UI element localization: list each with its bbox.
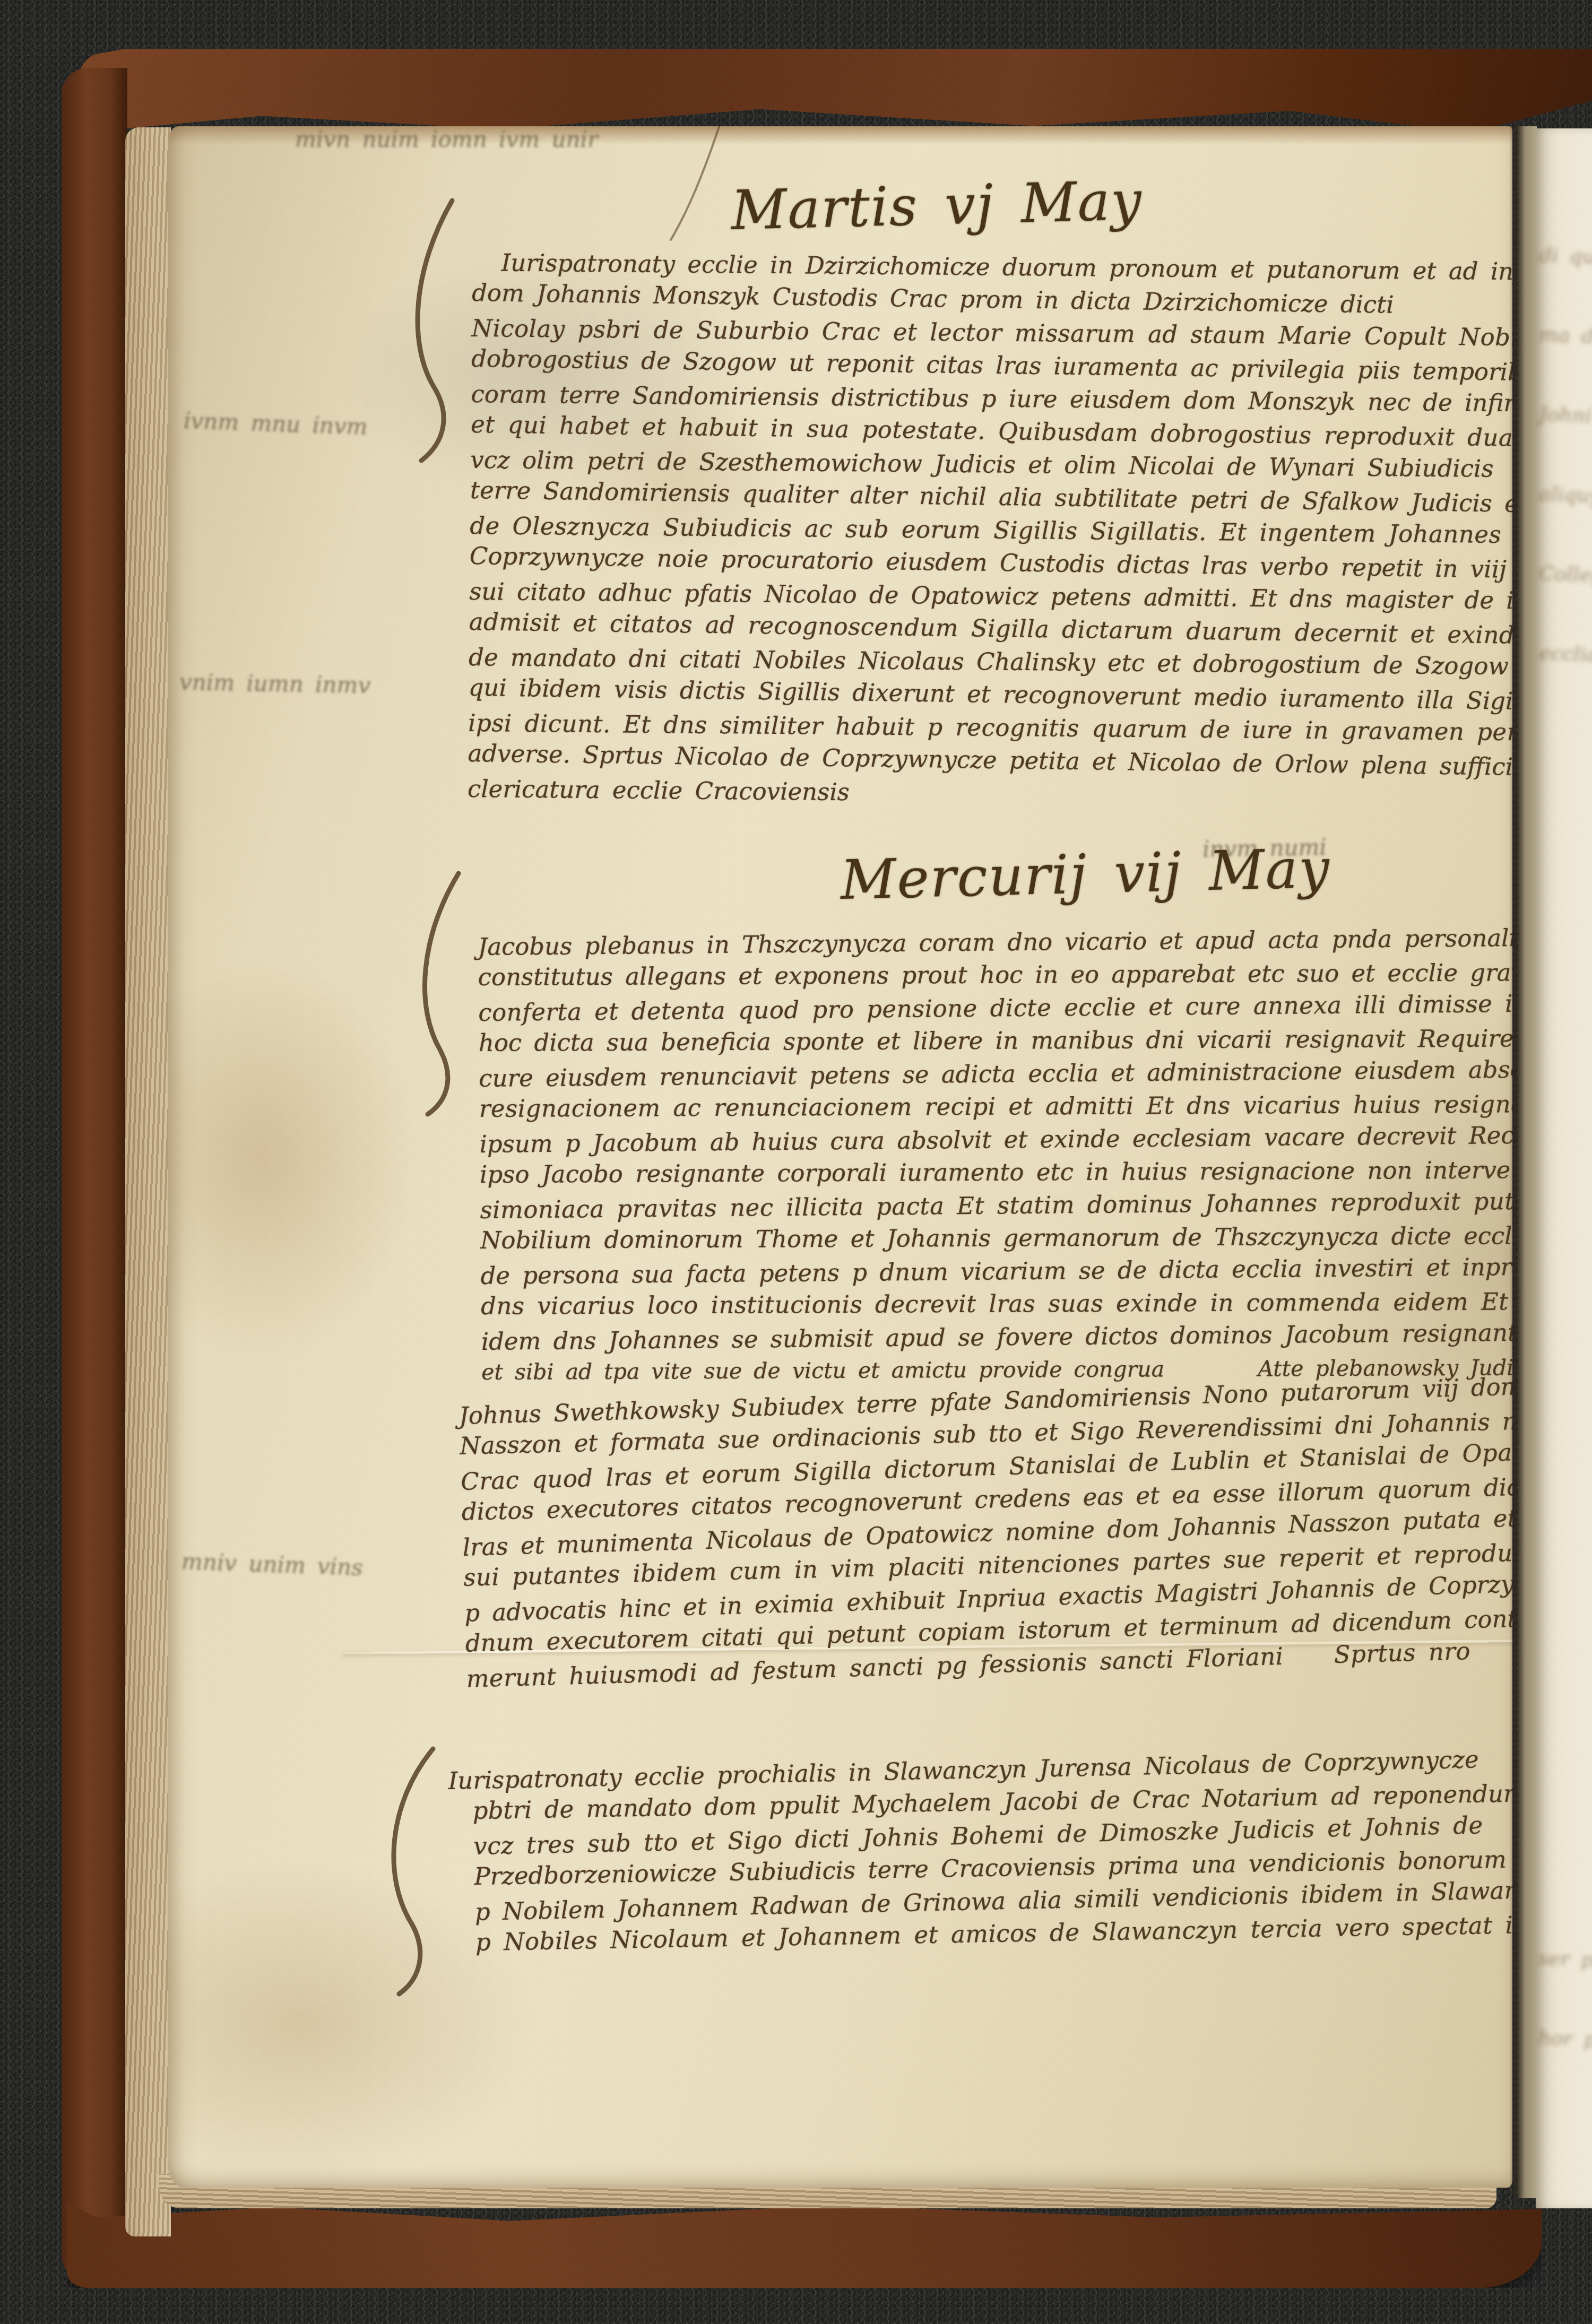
- facing-page-edge: di quos d dma dato dni deturJohni de Sal…: [1536, 128, 1592, 2208]
- facing-page-text-upper: di quos d dma dato dni deturJohni de Sal…: [1539, 219, 1592, 696]
- photo-of-manuscript: { "colors":{ "background":"#2b2c2a", "le…: [0, 0, 1592, 2324]
- manuscript-text-line: ivnm mnu invm: [183, 404, 368, 444]
- entry-2-text: Jacobus plebanus in Thszczynycza coram d…: [478, 920, 1512, 1391]
- manuscript-text-line: mivn nuim iomn ivm unir: [295, 126, 1409, 156]
- entry-date-heading-wednesday: Mercurij vij May: [840, 837, 1331, 912]
- manuscript-text-line: vnim iumn inmv: [179, 666, 370, 702]
- manuscript-text-line: Nobilium dominorum Thome et Johannis ger…: [480, 1219, 1512, 1257]
- leather-cover-bottom-edge: [67, 2202, 1542, 2288]
- entry-2-continued-text: Johnus Swethkowsky Subiudex terre pfate …: [458, 1365, 1512, 1695]
- leather-cover-top-edge: [80, 49, 1592, 133]
- manuscript-text-line: ecclia hoc p Pij: [1538, 613, 1592, 700]
- entry-date-heading-tuesday: Martis vj May: [731, 169, 1144, 242]
- entry-1-text: Iurispatronaty ecclie in Dzirzichomicze …: [468, 246, 1512, 816]
- book-gutter-shadow: [1509, 126, 1537, 2198]
- manuscript-text-line: Johni de S: [1538, 374, 1592, 461]
- manuscript-text-line: di quos d d: [1538, 215, 1592, 302]
- manuscript-text-line: constitutus allegans et exponens prout h…: [478, 956, 1512, 994]
- manuscript-page: umin mnvr nimv irum vnim numi rvmmivn nu…: [168, 126, 1512, 2188]
- manuscript-text-line: hor pals q: [1537, 1998, 1592, 2085]
- page-stack-edge-left: [125, 127, 171, 2236]
- manuscript-text-line: dns vicarius loco institucionis decrevit…: [481, 1285, 1512, 1323]
- manuscript-text-line: ipso Jacobo resignante corporali iuramen…: [480, 1153, 1512, 1191]
- entry-3-text: Iurispatronaty ecclie prochialis in Slaw…: [448, 1739, 1512, 1962]
- facing-page-text-lower: ser pteshor pals q: [1538, 1922, 1592, 2081]
- manuscript-text-line: aliquy dicta et ingr: [1538, 454, 1592, 541]
- manuscript-text-line: mniv unim vins: [181, 1545, 364, 1584]
- manuscript-text-line: hoc dicta sua beneficia sponte et libere…: [479, 1021, 1512, 1060]
- manuscript-text-line: ser ptes: [1537, 1918, 1592, 2005]
- manuscript-text-line: resignacionem ac renunciacionem recipi e…: [479, 1087, 1512, 1125]
- manuscript-text-line: Collegij minimum: [1538, 533, 1592, 620]
- leather-cover-left-edge: [62, 68, 127, 2286]
- manuscript-text-line: ma dato dni detur: [1538, 294, 1592, 381]
